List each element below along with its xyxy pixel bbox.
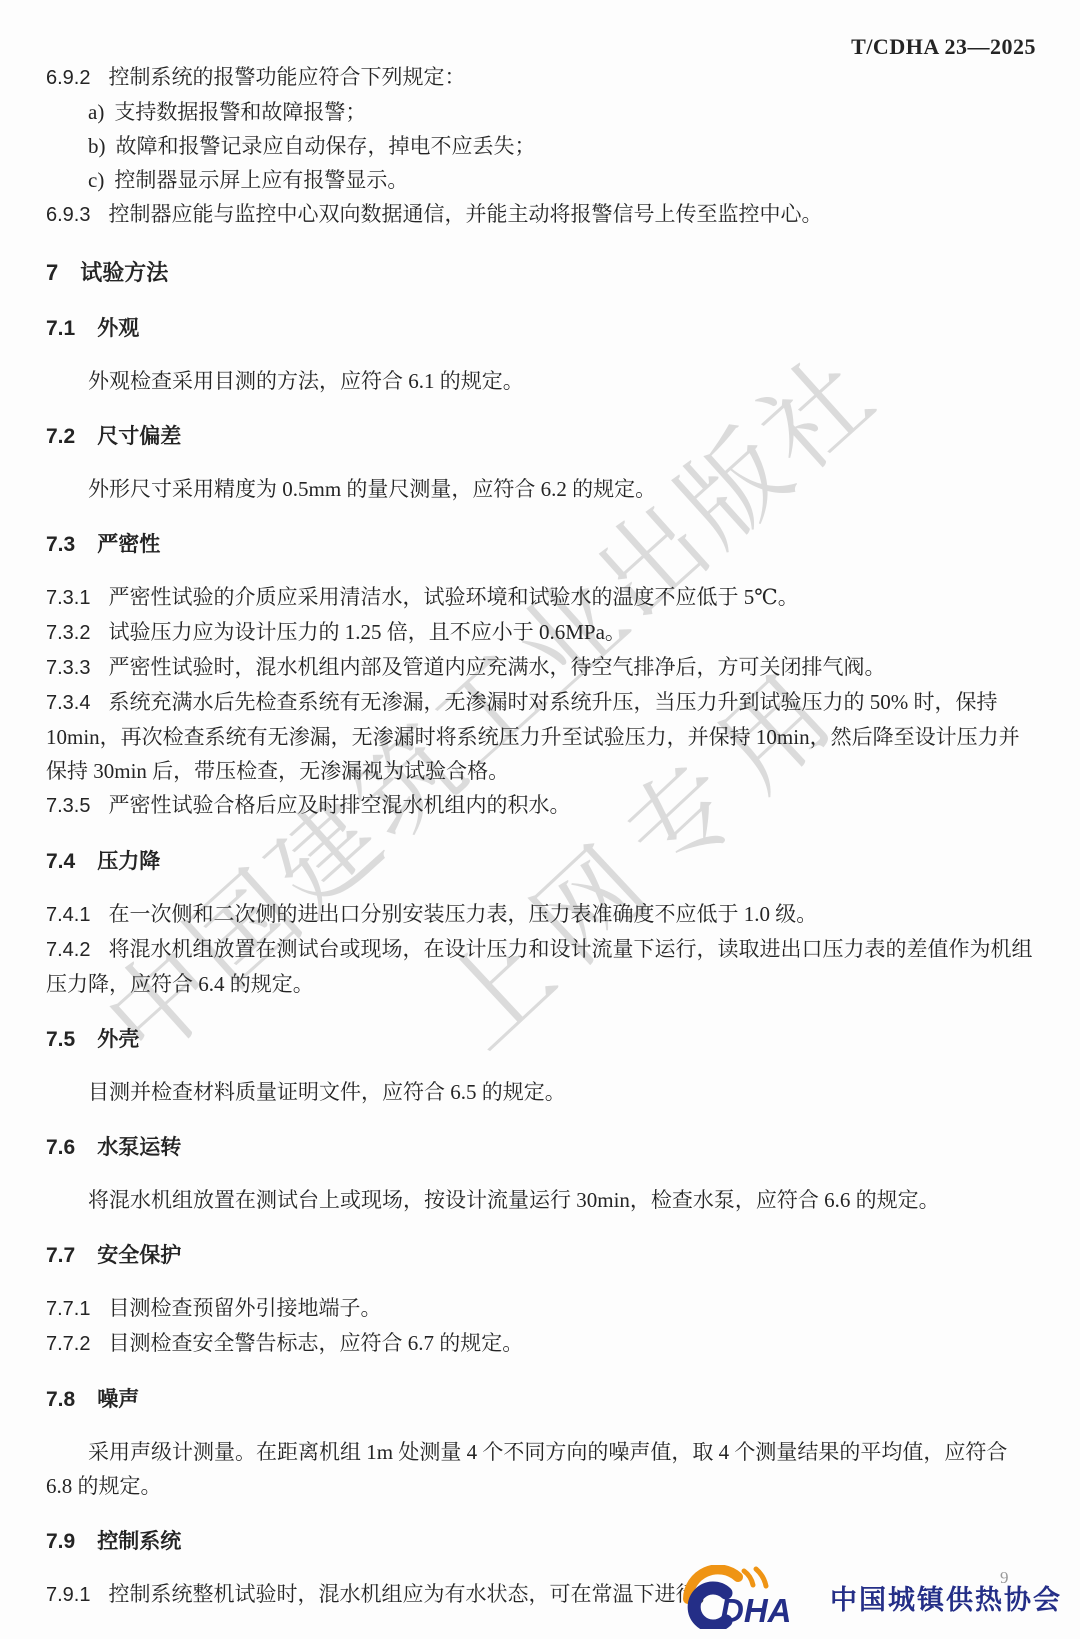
- clause-text: 支持数据报警和故障报警；: [114, 100, 366, 124]
- clause-text: 目测检查预留外引接地端子。: [108, 1296, 381, 1320]
- clause-number: 6.9.2: [46, 67, 90, 89]
- section-7-5: 7.5外壳: [46, 1023, 1038, 1057]
- clause-number: a): [88, 100, 104, 124]
- section-7-9: 7.9控制系统: [46, 1525, 1038, 1559]
- clause-text: 严密性试验时，混水机组内部及管道内应充满水，待空气排净后，方可关闭排气阀。: [108, 655, 885, 679]
- standard-code: T/CDHA 23—2025: [851, 34, 1036, 59]
- association-name: 中国城镇供热协会: [830, 1578, 1062, 1617]
- clause-text: 试验压力应为设计压力的 1.25 倍，且不应小于 0.6MPa。: [108, 620, 625, 644]
- clause-number: 6.9.3: [46, 204, 90, 226]
- clause-text: 控制系统整机试验时，混水机组应为有水状态，可在常温下进行。: [108, 1582, 717, 1606]
- clause-7-4-2: 7.4.2将混水机组放置在测试台或现场，在设计压力和设计流量下运行，读取进出口压…: [46, 932, 1038, 1001]
- subitem-c: c)控制器显示屏上应有报警显示。: [46, 163, 1038, 197]
- clause-text: 采用声级计测量。在距离机组 1m 处测量 4 个不同方向的噪声值，取 4 个测量…: [46, 1440, 1007, 1498]
- clause-number: 7.4.2: [46, 939, 90, 961]
- clause-number: 7.3.4: [46, 692, 90, 714]
- clause-6-9-2: 6.9.2控制系统的报警功能应符合下列规定：: [46, 60, 1038, 95]
- clause-7-3-5: 7.3.5严密性试验合格后应及时排空混水机组内的积水。: [46, 788, 1038, 823]
- clause-text: 外形尺寸采用精度为 0.5mm 的量尺测量，应符合 6.2 的规定。: [88, 477, 656, 501]
- clause-text: 严密性: [97, 533, 160, 556]
- paragraph-20: 目测并检查材料质量证明文件，应符合 6.5 的规定。: [46, 1075, 1038, 1109]
- standard-document-page: 中国建筑工业出版社 上网专用 T/CDHA 23—2025 6.9.2控制系统的…: [0, 0, 1080, 1639]
- clause-number: 7.9: [46, 1530, 75, 1553]
- document-body: 6.9.2控制系统的报警功能应符合下列规定：a)支持数据报警和故障报警；b)故障…: [0, 60, 1080, 1612]
- clause-number: 7.3.1: [46, 587, 90, 609]
- subitem-a: a)支持数据报警和故障报警；: [46, 95, 1038, 129]
- clause-7-3-1: 7.3.1严密性试验的介质应采用清洁水，试验环境和试验水的温度不应低于 5℃。: [46, 580, 1038, 615]
- clause-text: 控制器应能与监控中心双向数据通信，并能主动将报警信号上传至监控中心。: [108, 202, 822, 226]
- paragraph-22: 将混水机组放置在测试台上或现场，按设计流量运行 30min，检查水泵，应符合 6…: [46, 1183, 1038, 1217]
- clause-text: 严密性试验的介质应采用清洁水，试验环境和试验水的温度不应低于 5℃。: [108, 585, 798, 609]
- clause-text: 安全保护: [97, 1244, 181, 1267]
- clause-number: 7.2: [46, 425, 75, 448]
- clause-number: 7.3.3: [46, 657, 90, 679]
- paragraph-27: 采用声级计测量。在距离机组 1m 处测量 4 个不同方向的噪声值，取 4 个测量…: [46, 1435, 1038, 1503]
- clause-number: 7.7.2: [46, 1333, 90, 1355]
- clause-text: 控制器显示屏上应有报警显示。: [114, 168, 408, 192]
- clause-7-3-3: 7.3.3严密性试验时，混水机组内部及管道内应充满水，待空气排净后，方可关闭排气…: [46, 650, 1038, 685]
- logo-signal-tick-2: [756, 1569, 766, 1586]
- clause-text: 外观检查采用目测的方法，应符合 6.1 的规定。: [88, 369, 524, 393]
- clause-text: 将混水机组放置在测试台或现场，在设计压力和设计流量下运行，读取进出口压力表的差值…: [46, 937, 1032, 996]
- clause-7-3-2: 7.3.2试验压力应为设计压力的 1.25 倍，且不应小于 0.6MPa。: [46, 615, 1038, 650]
- clause-number: 7.7: [46, 1244, 75, 1267]
- clause-text: 目测检查安全警告标志，应符合 6.7 的规定。: [108, 1331, 523, 1355]
- clause-6-9-3: 6.9.3控制器应能与监控中心双向数据通信，并能主动将报警信号上传至监控中心。: [46, 197, 1038, 232]
- clause-text: 在一次侧和二次侧的进出口分别安装压力表，压力表准确度不应低于 1.0 级。: [108, 902, 817, 926]
- logo-signal-tick-1: [744, 1571, 753, 1585]
- clause-text: 控制系统的报警功能应符合下列规定：: [108, 65, 465, 89]
- clause-7-7-1: 7.7.1目测检查预留外引接地端子。: [46, 1291, 1038, 1326]
- clause-number: 7.4.1: [46, 904, 90, 926]
- paragraph-9: 外形尺寸采用精度为 0.5mm 的量尺测量，应符合 6.2 的规定。: [46, 472, 1038, 506]
- clause-7-7-2: 7.7.2目测检查安全警告标志，应符合 6.7 的规定。: [46, 1326, 1038, 1361]
- logo-acronym-text: DHA: [720, 1592, 792, 1629]
- clause-text: 严密性试验合格后应及时排空混水机组内的积水。: [108, 793, 570, 817]
- clause-text: 试验方法: [80, 260, 168, 285]
- clause-number: 7.6: [46, 1136, 75, 1159]
- section-7-6: 7.6水泵运转: [46, 1131, 1038, 1165]
- section-7-7: 7.7安全保护: [46, 1239, 1038, 1273]
- clause-number: 7.8: [46, 1388, 75, 1411]
- clause-number: 7.7.1: [46, 1298, 90, 1320]
- clause-7-3-4: 7.3.4系统充满水后先检查系统有无渗漏，无渗漏时对系统升压，当压力升到试验压力…: [46, 685, 1038, 788]
- clause-number: 7: [46, 260, 58, 285]
- clause-text: 将混水机组放置在测试台上或现场，按设计流量运行 30min，检查水泵，应符合 6…: [88, 1188, 940, 1212]
- section-7-3: 7.3严密性: [46, 528, 1038, 562]
- clause-number: c): [88, 168, 104, 192]
- section-7-8: 7.8噪声: [46, 1383, 1038, 1417]
- association-logo: DHA 中国城镇供热协会: [680, 1565, 1062, 1629]
- clause-number: 7.1: [46, 317, 75, 340]
- clause-number: 7.4: [46, 850, 75, 873]
- clause-text: 外观: [97, 317, 139, 340]
- section-7-1: 7.1外观: [46, 312, 1038, 346]
- clause-7-4-1: 7.4.1在一次侧和二次侧的进出口分别安装压力表，压力表准确度不应低于 1.0 …: [46, 897, 1038, 932]
- clause-text: 外壳: [97, 1028, 139, 1051]
- clause-number: 7.3.2: [46, 622, 90, 644]
- clause-text: 目测并检查材料质量证明文件，应符合 6.5 的规定。: [88, 1080, 566, 1104]
- clause-number: 7.9.1: [46, 1584, 90, 1606]
- clause-number: b): [88, 134, 106, 158]
- chapter-7: 7试验方法: [46, 256, 1038, 290]
- clause-text: 系统充满水后先检查系统有无渗漏，无渗漏时对系统升压，当压力升到试验压力的 50%…: [46, 690, 1020, 783]
- clause-number: 7.5: [46, 1028, 75, 1051]
- clause-text: 噪声: [97, 1388, 139, 1411]
- clause-text: 尺寸偏差: [97, 425, 181, 448]
- clause-text: 控制系统: [97, 1530, 181, 1553]
- subitem-b: b)故障和报警记录应自动保存，掉电不应丢失；: [46, 129, 1038, 163]
- clause-number: 7.3: [46, 533, 75, 556]
- paragraph-7: 外观检查采用目测的方法，应符合 6.1 的规定。: [46, 364, 1038, 398]
- clause-text: 压力降: [97, 850, 160, 873]
- clause-text: 水泵运转: [97, 1136, 181, 1159]
- clause-text: 故障和报警记录应自动保存，掉电不应丢失；: [116, 134, 536, 158]
- section-7-4: 7.4压力降: [46, 845, 1038, 879]
- page-header: T/CDHA 23—2025: [0, 0, 1080, 60]
- cdha-logo-icon: DHA: [680, 1565, 818, 1629]
- section-7-2: 7.2尺寸偏差: [46, 420, 1038, 454]
- clause-number: 7.3.5: [46, 795, 90, 817]
